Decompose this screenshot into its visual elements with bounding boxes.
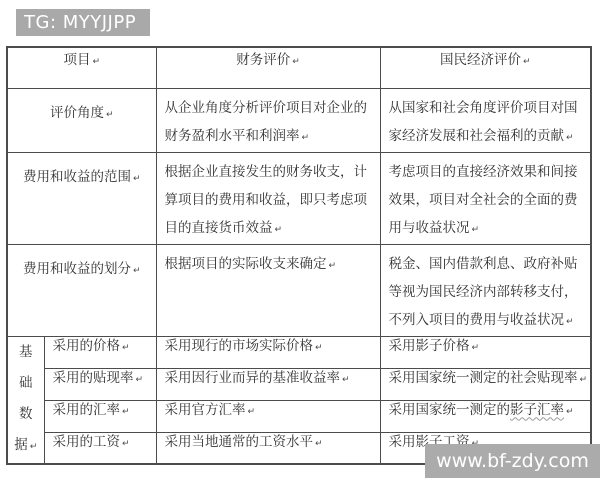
header-national-text: 国民经济评价 [440,52,521,68]
return-mark-icon: ↵ [329,261,337,271]
return-mark-icon: ↵ [566,133,574,143]
comparison-table: 项目↵ 财务评价↵ 国民经济评价↵ 评价角度↵ 从企业角度分析评价项目对企业的财… [6,46,592,465]
source-tag-badge: TG: MYYJJPP [16,9,150,36]
vertical-char: 据↵ [8,430,44,461]
cell-financial-scope: 根据企业直接发生的财务收支，计算项目的费用和收益，即只考虑项目的直接货币效益↵ [156,152,380,244]
cell-national-discount-rate: 采用国家统一测定的社会贴现率↵ [380,368,591,400]
cell-national-scope: 考虑项目的直接经济效果和间接效果，项目对全社会的全面的费用与收益状况↵ [380,152,591,244]
cell-text: 采用国家统一测定的 [389,402,511,418]
return-mark-icon: ↵ [472,225,480,235]
header-cell-financial: 财务评价↵ [156,47,380,88]
return-mark-icon: ↵ [122,407,130,417]
cell-national-exchange-rate: 采用国家统一测定的影子汇率↵ [380,400,591,432]
row-label-text: 采用的贴现率 [53,370,134,386]
header-item-text: 项目 [63,52,90,68]
return-mark-icon: ↵ [566,317,574,327]
cell-text: 考虑项目的直接经济效果和间接效果，项目对全社会的全面的费用与收益状况 [389,164,578,236]
return-mark-icon: ↵ [106,110,114,120]
row-label-exchange-rate: 采用的汇率↵ [44,400,156,432]
cell-national-price: 采用影子价格↵ [380,336,591,368]
vertical-char: 基 [8,337,44,368]
return-mark-icon: ↵ [136,375,144,385]
row-label-text: 采用的价格 [53,338,121,354]
cell-text: 税金、国内借款利息、政府补贴等视为国民经济内部转移支付，不列入项目的费用与收益状… [389,256,578,328]
return-mark-icon: ↵ [133,266,141,276]
return-mark-icon: ↵ [523,57,531,67]
return-mark-icon: ↵ [122,343,130,353]
cell-text: 采用因行业而异的基准收益率 [165,370,341,386]
table-row-cost-benefit-scope: 费用和收益的范围↵ 根据企业直接发生的财务收支，计算项目的费用和收益，即只考虑项… [7,152,591,244]
cell-financial-discount-rate: 采用因行业而异的基准收益率↵ [156,368,380,400]
return-mark-icon: ↵ [302,133,310,143]
return-mark-icon: ↵ [315,439,323,449]
return-mark-icon: ↵ [133,174,141,184]
row-label-text: 评价角度 [50,105,104,121]
return-mark-icon: ↵ [275,225,283,235]
cell-text: 采用官方汇率 [165,402,246,418]
table-row-evaluation-angle: 评价角度↵ 从企业角度分析评价项目对企业的财务盈利水平和利润率↵ 从国家和社会角… [7,88,591,152]
vertical-char: 数 [8,399,44,430]
return-mark-icon: ↵ [566,407,574,417]
cell-financial-price: 采用现行的市场实际价格↵ [156,336,380,368]
cell-national-angle: 从国家和社会角度评价项目对国家经济发展和社会福利的贡献↵ [380,88,591,152]
table-row-exchange-rate: 采用的汇率↵ 采用官方汇率↵ 采用国家统一测定的影子汇率↵ [7,400,591,432]
header-financial-text: 财务评价 [236,52,290,68]
return-mark-icon: ↵ [472,343,480,353]
group-label-basic-data: 基 础 数 据↵ [7,336,44,464]
row-label-scope: 费用和收益的范围↵ [7,152,156,244]
row-label-price: 采用的价格↵ [44,336,156,368]
return-mark-icon: ↵ [580,375,588,385]
cell-text: 从国家和社会角度评价项目对国家经济发展和社会福利的贡献 [389,100,578,144]
watermark-badge: www.bf-zdy.com [425,444,600,478]
return-mark-icon: ↵ [292,57,300,67]
cell-financial-division: 根据项目的实际收支来确定↵ [156,244,380,336]
header-cell-national: 国民经济评价↵ [380,47,591,88]
row-label-discount-rate: 采用的贴现率↵ [44,368,156,400]
cell-financial-angle: 从企业角度分析评价项目对企业的财务盈利水平和利润率↵ [156,88,380,152]
cell-text: 采用国家统一测定的社会贴现率 [389,370,578,386]
source-tag-text: TG: MYYJJPP [24,12,136,33]
table-row-discount-rate: 采用的贴现率↵ 采用因行业而异的基准收益率↵ 采用国家统一测定的社会贴现率↵ [7,368,591,400]
table-row-price: 基 础 数 据↵ 采用的价格↵ 采用现行的市场实际价格↵ 采用影子价格↵ [7,336,591,368]
cell-text: 采用影子价格 [389,338,470,354]
return-mark-icon: ↵ [122,439,130,449]
return-mark-icon: ↵ [248,407,256,417]
cell-text: 采用现行的市场实际价格 [165,338,314,354]
cell-financial-exchange-rate: 采用官方汇率↵ [156,400,380,432]
row-label-wage: 采用的工资↵ [44,432,156,464]
row-label-text: 采用的汇率 [53,402,121,418]
cell-text: 根据项目的实际收支来确定 [165,256,327,272]
row-label-evaluation-angle: 评价角度↵ [7,88,156,152]
return-mark-icon: ↵ [30,442,38,452]
cell-financial-wage: 采用当地通常的工资水平↵ [156,432,380,464]
row-label-text: 费用和收益的范围 [23,169,131,185]
return-mark-icon: ↵ [92,57,100,67]
watermark-text: www.bf-zdy.com [436,450,589,472]
table-row-cost-benefit-division: 费用和收益的划分↵ 根据项目的实际收支来确定↵ 税金、国内借款利息、政府补贴等视… [7,244,591,336]
vertical-char: 础 [8,368,44,399]
cell-text: 采用当地通常的工资水平 [165,434,314,450]
row-label-division: 费用和收益的划分↵ [7,244,156,336]
cell-national-division: 税金、国内借款利息、政府补贴等视为国民经济内部转移支付，不列入项目的费用与收益状… [380,244,591,336]
return-mark-icon: ↵ [315,343,323,353]
cell-text: 从企业角度分析评价项目对企业的财务盈利水平和利润率 [165,100,368,144]
header-row: 项目↵ 财务评价↵ 国民经济评价↵ [7,47,591,88]
header-cell-item: 项目↵ [7,47,156,88]
row-label-text: 采用的工资 [53,434,121,450]
cell-text: 根据企业直接发生的财务收支，计算项目的费用和收益，即只考虑项目的直接货币效益 [165,164,368,236]
row-label-text: 费用和收益的划分 [23,261,131,277]
spellcheck-underlined-text: 影子汇率 [510,402,564,418]
return-mark-icon: ↵ [342,375,350,385]
